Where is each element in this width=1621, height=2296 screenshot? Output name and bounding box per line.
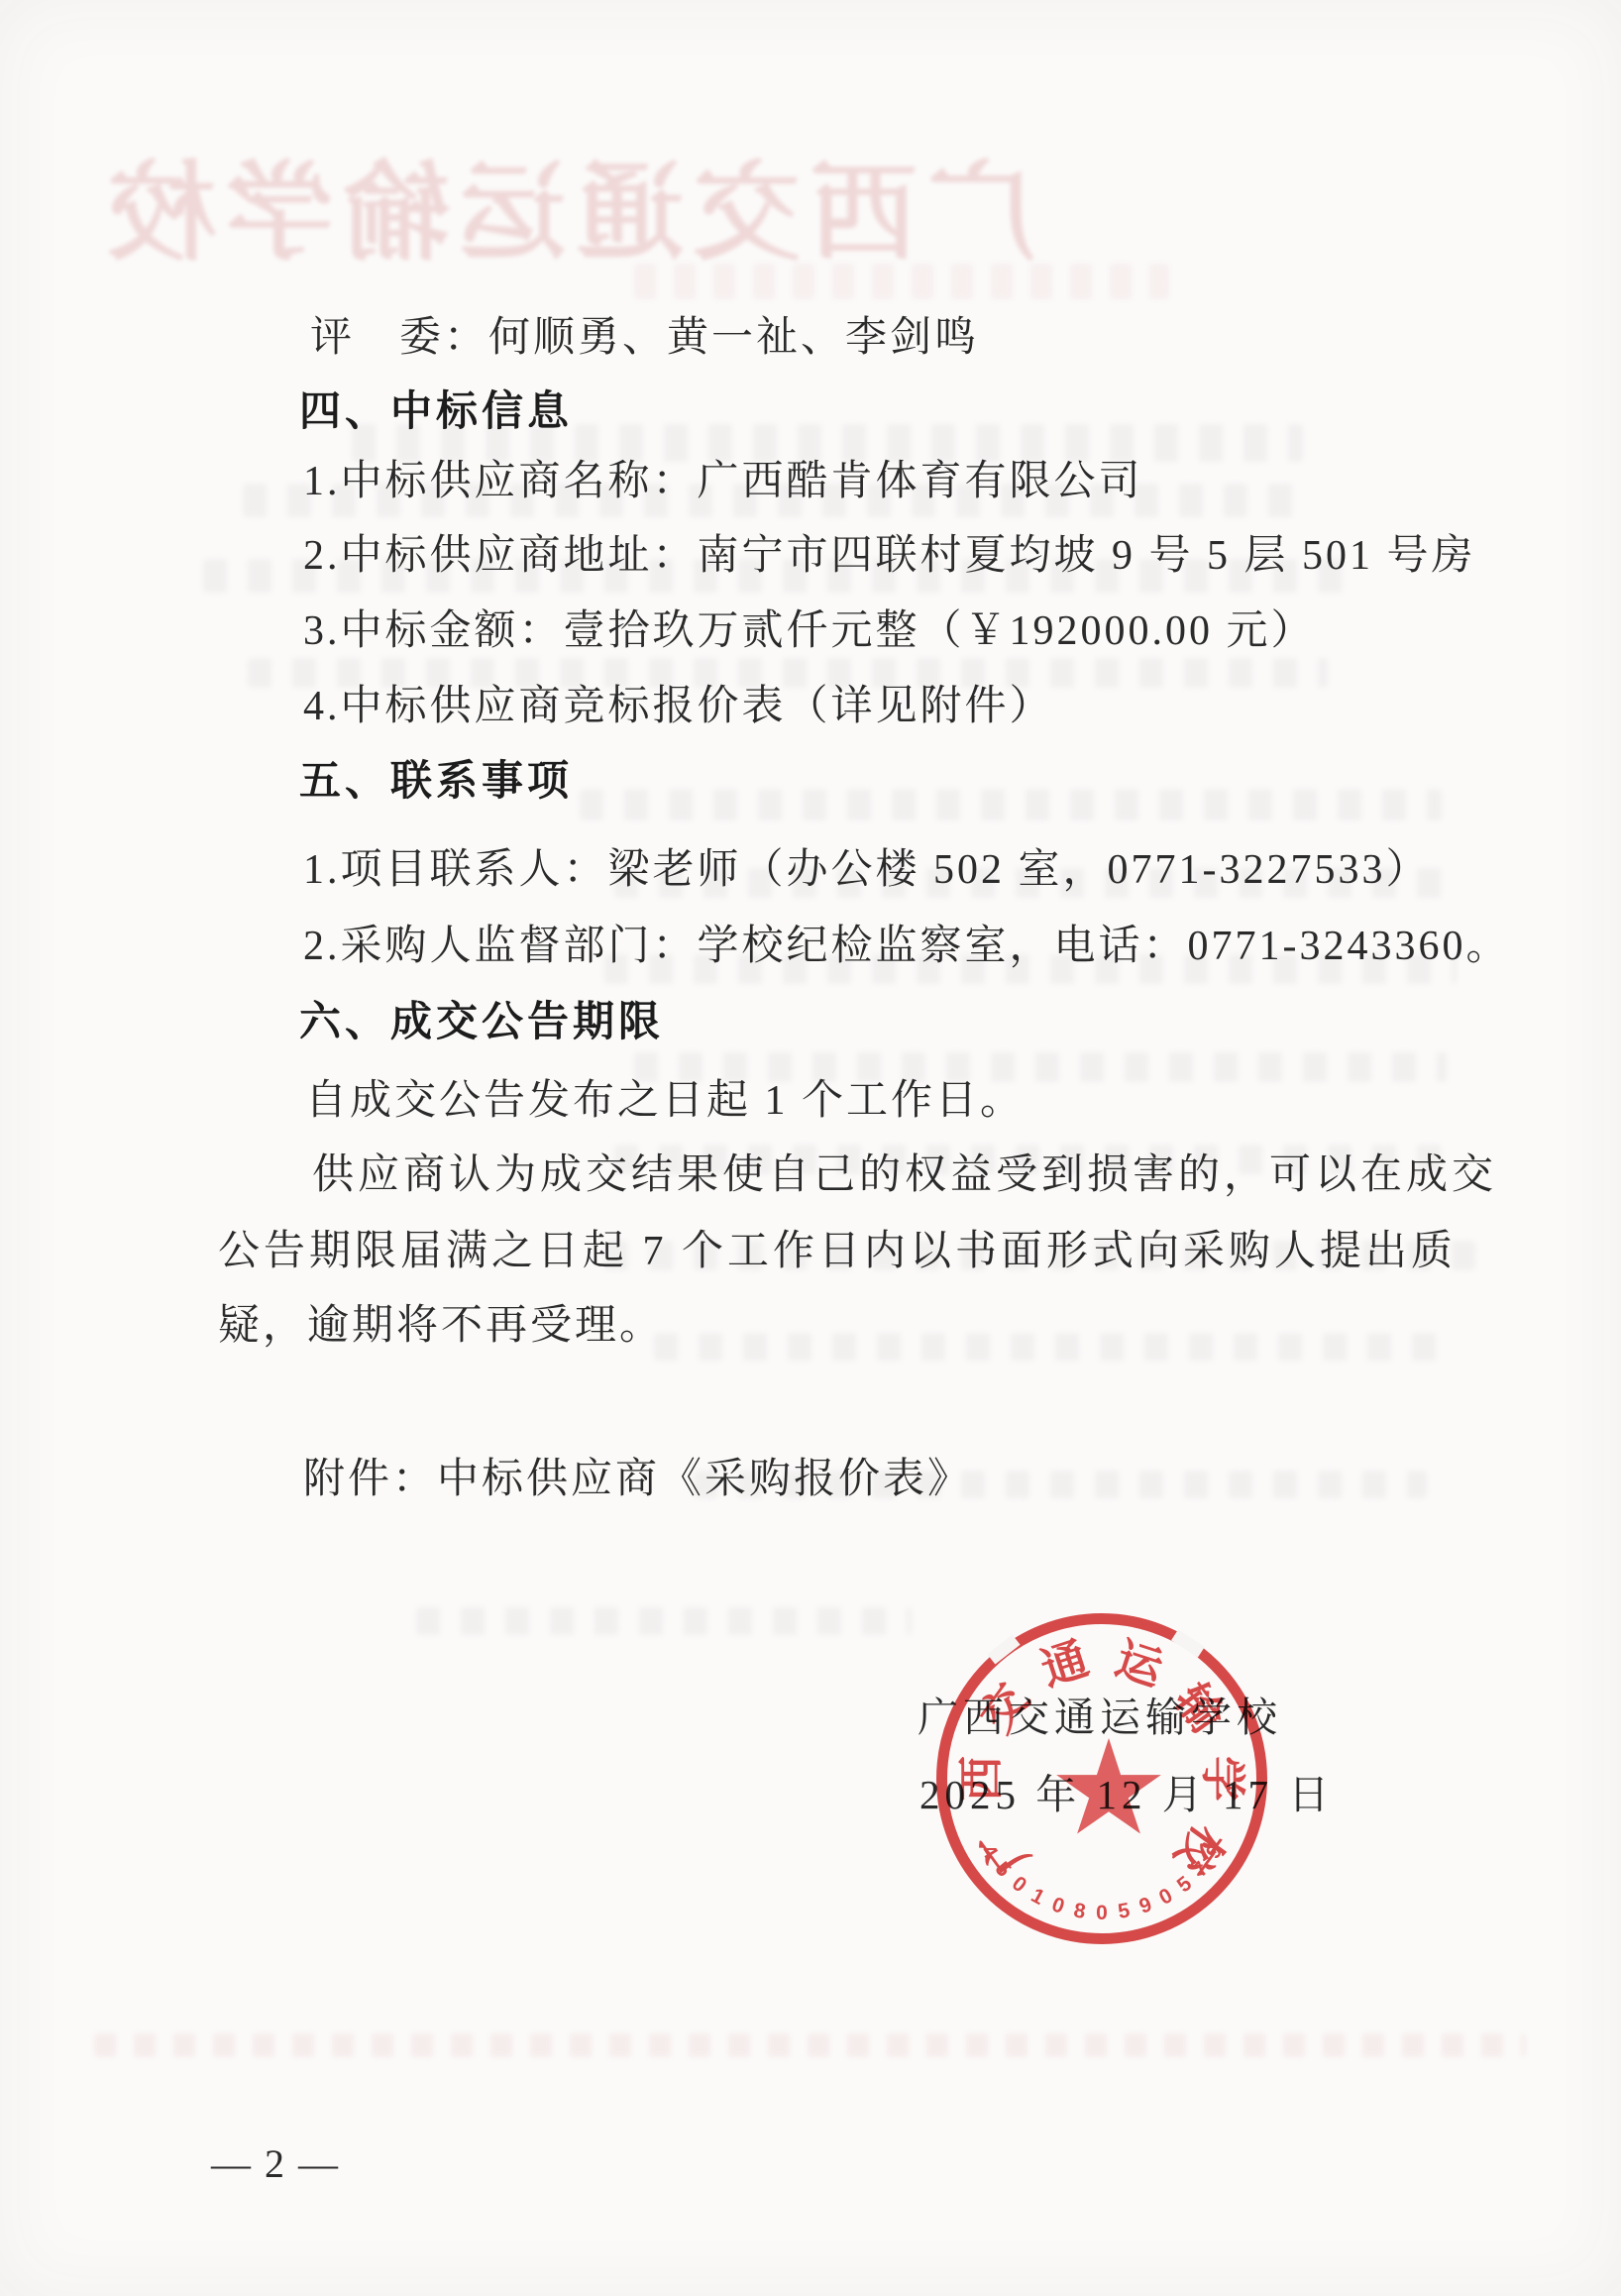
winning-bid-item-supplier-name: 1.中标供应商名称：广西酷肯体育有限公司 (303, 459, 1143, 504)
section-heading-contact: 五、联系事项 (299, 758, 573, 804)
committee-line: 评 委：何顺勇、黄一祉、李剑鸣 (310, 315, 979, 361)
bleedthrough-smudge (94, 2033, 1526, 2057)
scanned-document-page: 广西交通运输学校 评 委：何顺勇、黄一祉、李剑鸣 四、中标信息 1.中标供应商名… (0, 0, 1621, 2296)
contact-item-supervision-dept: 2.采购人监督部门：学校纪检监察室，电话：0771-3243360。 (303, 924, 1511, 969)
dispute-paragraph-line-1: 供应商认为成交结果使自己的权益受到损害的，可以在成交 (312, 1152, 1497, 1198)
bleedthrough-smudge (580, 789, 1442, 820)
announcement-period-line: 自成交公告发布之日起 1 个工作日。 (305, 1078, 1025, 1124)
section-heading-winning-bid: 四、中标信息 (299, 388, 573, 434)
contact-item-project-contact: 1.项目联系人：梁老师（办公楼 502 室，0771-3227533） (303, 847, 1431, 893)
page-number: — 2 — (211, 2142, 340, 2186)
dispute-paragraph-line-2: 公告期限届满之日起 7 个工作日内以书面形式向采购人提出质 (218, 1229, 1457, 1274)
bleedthrough-smudge (416, 1607, 912, 1635)
official-seal: 广西交通运输学校 4501080590579 (936, 1613, 1267, 1944)
seal-serial: 4501080590579 (936, 1613, 1267, 1944)
letterhead-bleedthrough-text: 广西交通运输学校 (83, 127, 1034, 280)
bleedthrough-smudge (654, 1333, 1447, 1361)
winning-bid-item-quote-table: 4.中标供应商竞标报价表（详见附件） (303, 684, 1054, 729)
winning-bid-item-amount: 3.中标金额：壹拾玖万贰仟元整（￥192000.00 元） (303, 608, 1316, 654)
dispute-paragraph-line-3: 疑，逾期将不再受理。 (218, 1303, 664, 1349)
bleedthrough-smudge (634, 264, 1169, 299)
section-heading-announcement-period: 六、成交公告期限 (299, 999, 664, 1044)
winning-bid-item-supplier-address: 2.中标供应商地址：南宁市四联村夏均坡 9 号 5 层 501 号房 (303, 533, 1476, 579)
attachment-line: 附件：中标供应商《采购报价表》 (303, 1457, 972, 1502)
